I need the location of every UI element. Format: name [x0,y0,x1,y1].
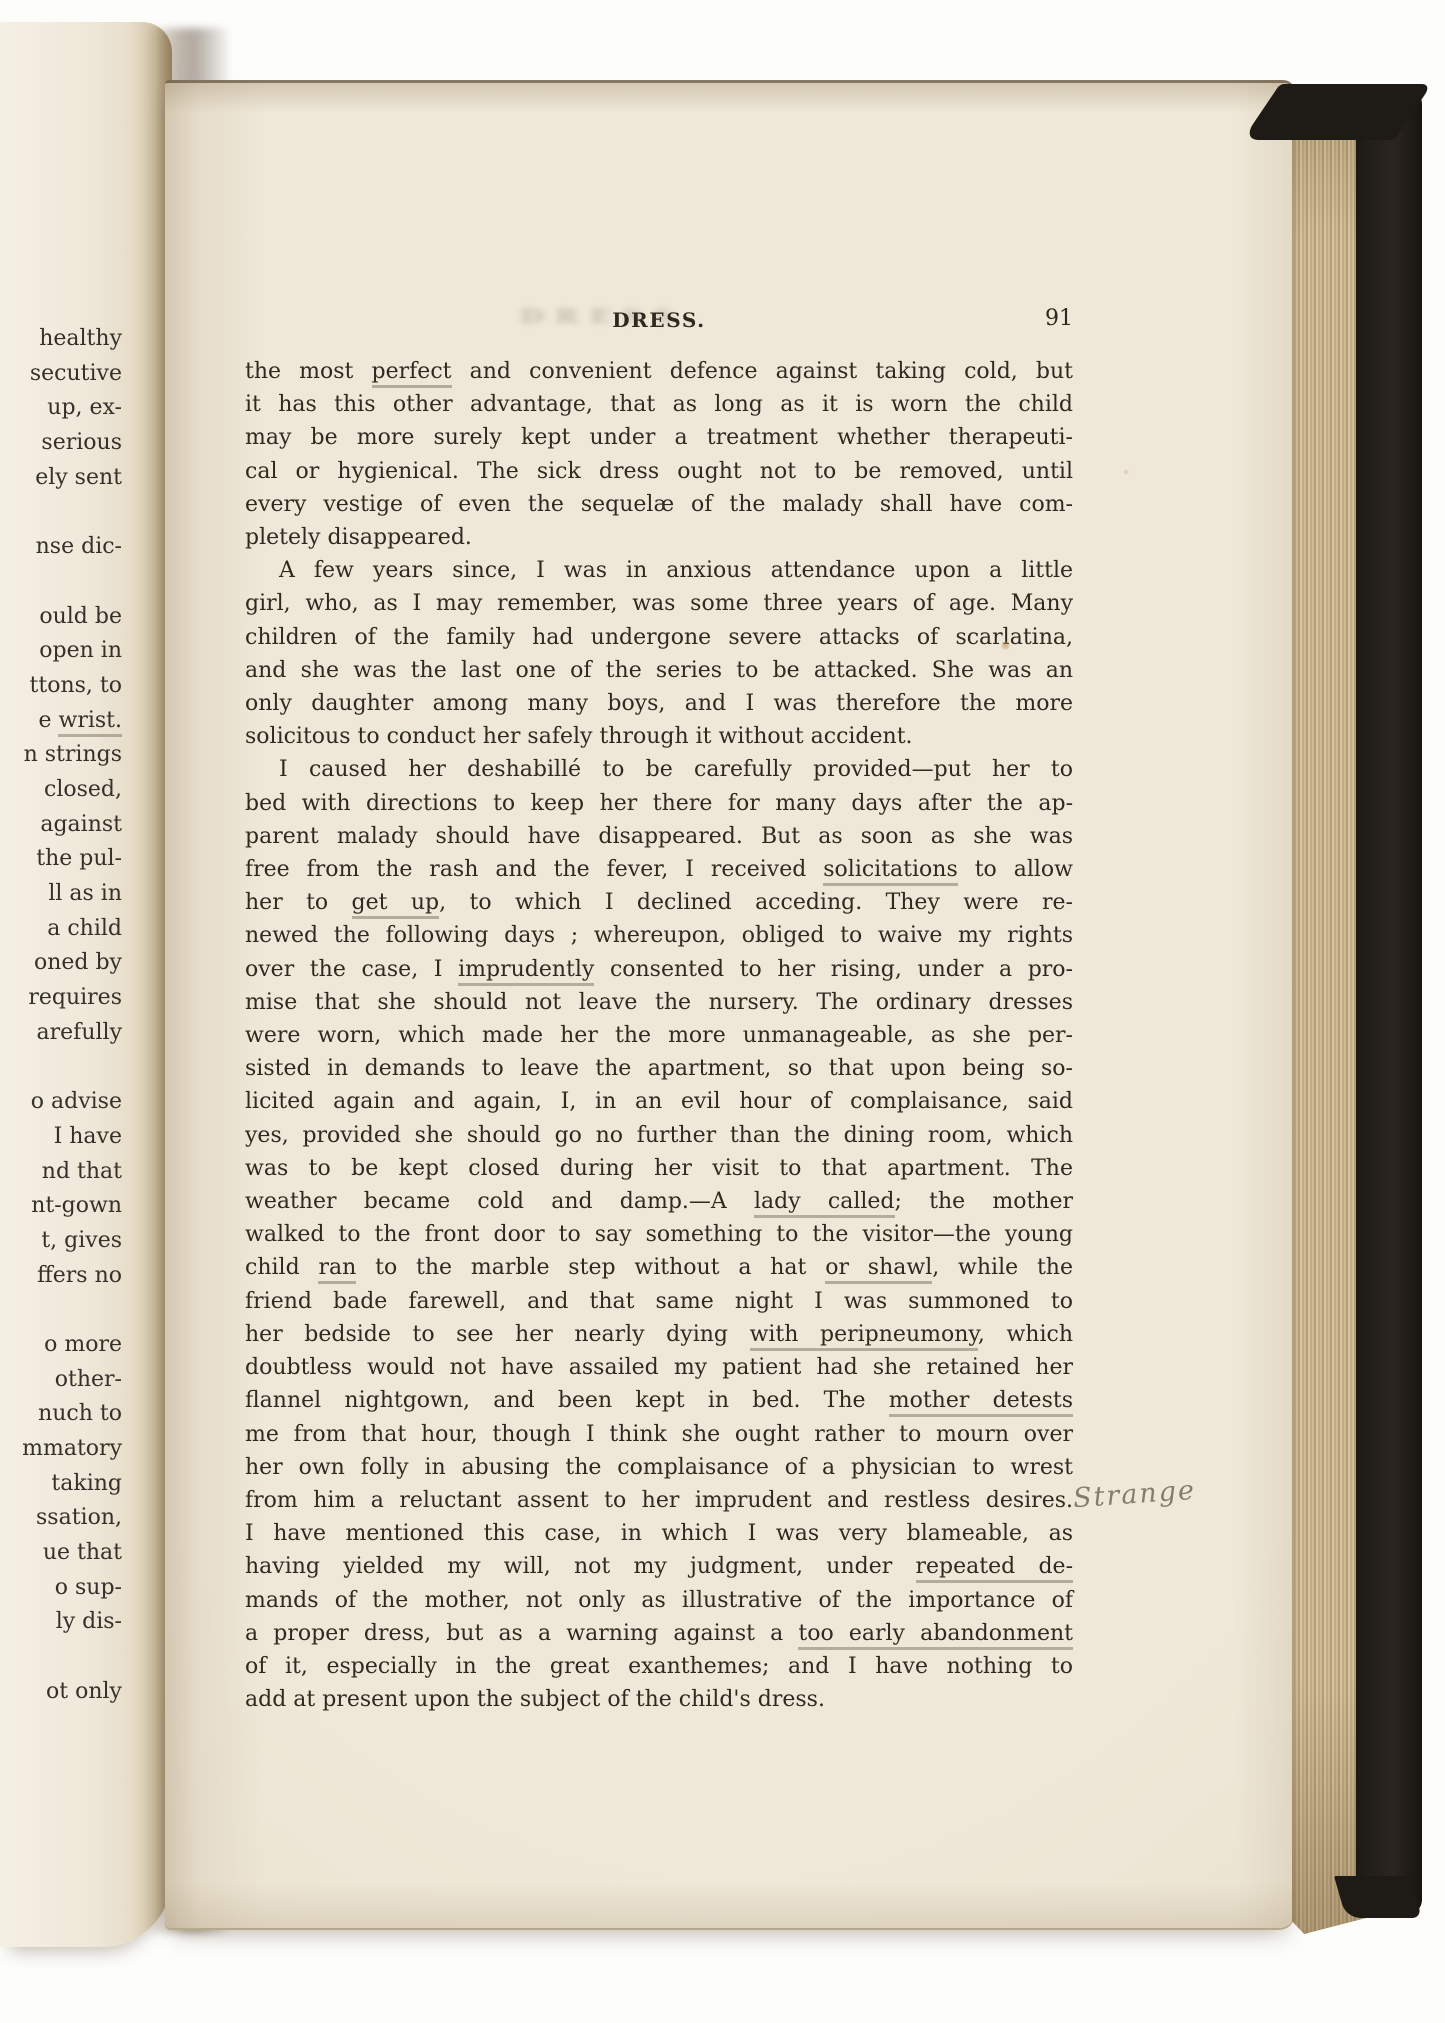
left-fragment-line: nuch to [0,1397,172,1432]
left-fragment-line: ll as in [0,877,172,912]
pencil-underline: lady called [754,1189,894,1218]
right-page: DRESS. DRESS. 91 the most perfect and co… [165,80,1295,1928]
left-fragment-blank [0,1050,172,1085]
text-line: every vestige of even the sequelæ of the… [245,488,1073,521]
left-fragment-line: healthy [0,322,172,357]
text-line: I have mentioned this case, in which I w… [245,1517,1073,1550]
left-fragment-line: I have [0,1120,172,1155]
left-fragment-blank [0,1293,172,1328]
left-fragment-line: oned by [0,946,172,981]
text-line: flannel nightgown, and been kept in bed.… [245,1384,1073,1417]
pencil-underline: mother detests [889,1388,1073,1417]
text-line: of it, especially in the great exantheme… [245,1650,1073,1683]
left-fragment-line: serious [0,426,172,461]
left-page: healthysecutiveup, ex-seriousely sent ns… [0,22,172,1947]
left-fragment-line: ly dis- [0,1605,172,1640]
text-line: friend bade farewell, and that same nigh… [245,1285,1073,1318]
page-body: the most perfect and convenient defence … [245,355,1073,1716]
left-fragment-line: ssation, [0,1501,172,1536]
left-fragment-line: o more [0,1328,172,1363]
text-line: only daughter among many boys, and I was… [245,687,1073,720]
left-fragment-line: o sup- [0,1571,172,1606]
left-fragment-line: requires [0,981,172,1016]
pencil-underline: perfect [372,359,452,388]
left-fragment-line: against [0,808,172,843]
text-line: doubtless would not have assailed my pat… [245,1351,1073,1384]
text-line: parent malady should have disappeared. B… [245,820,1073,853]
text-line: it has this other advantage, that as lon… [245,388,1073,421]
text-line: me from that hour, though I think she ou… [245,1418,1073,1451]
text-line: may be more surely kept under a treatmen… [245,421,1073,454]
running-head-title: DRESS. [245,308,1073,332]
pencil-underline: get up [352,890,440,919]
left-fragment-line: closed, [0,773,172,808]
left-fragment-line: e wrist. [0,704,172,739]
text-line: solicitous to conduct her safely through… [245,720,1073,753]
left-fragment-line: n strings [0,738,172,773]
text-line: girl, who, as I may remember, was some t… [245,587,1073,620]
left-fragment-line: nse dic- [0,530,172,565]
text-line: children of the family had undergone sev… [245,621,1073,654]
left-fragment-blank [0,495,172,530]
pencil-underline: ran [318,1255,356,1284]
text-line: weather became cold and damp.—A lady cal… [245,1185,1073,1218]
left-fragment-line: mmatory [0,1432,172,1467]
left-fragment-line: t, gives [0,1224,172,1259]
pencil-underline: solicitations [823,857,958,886]
left-fragment-line: up, ex- [0,391,172,426]
text-line: having yielded my will, not my judgment,… [245,1550,1073,1583]
text-line: and she was the last one of the series t… [245,654,1073,687]
book-cover-edge [1356,86,1422,1914]
text-line: free from the rash and the fever, I rece… [245,853,1073,886]
text-line: child ran to the marble step without a h… [245,1251,1073,1284]
page-number: 91 [1045,306,1073,331]
left-fragment-line: ould be [0,600,172,635]
text-line: cal or hygienical. The sick dress ought … [245,455,1073,488]
left-fragment-line: open in [0,634,172,669]
left-fragment-line: a child [0,912,172,947]
text-line: her own folly in abusing the complaisanc… [245,1451,1073,1484]
left-fragment-line: nt-gown [0,1189,172,1224]
left-fragment-line: ot only [0,1675,172,1710]
left-fragment-line: o advise [0,1085,172,1120]
left-fragment-line: secutive [0,357,172,392]
text-line: licited again and again, I, in an evil h… [245,1085,1073,1118]
running-head: DRESS. DRESS. 91 [245,308,1073,342]
text-line: I caused her deshabillé to be carefully … [245,753,1073,786]
left-fragment-line: ffers no [0,1259,172,1294]
text-line: were worn, which made her the more unman… [245,1019,1073,1052]
left-fragment-line: the pul- [0,842,172,877]
left-fragment-line: ely sent [0,461,172,496]
left-fragment-line: ue that [0,1536,172,1571]
text-line: her bedside to see her nearly dying with… [245,1318,1073,1351]
book-photo: healthysecutiveup, ex-seriousely sent ns… [0,0,1445,2023]
handwritten-margin-note: Strange [1072,1475,1197,1515]
left-fragment-line: other- [0,1363,172,1398]
text-line: pletely disappeared. [245,521,1073,554]
text-line: yes, provided she should go no further t… [245,1119,1073,1152]
left-fragment-line: nd that [0,1155,172,1190]
text-line: A few years since, I was in anxious atte… [245,554,1073,587]
text-line: a proper dress, but as a warning against… [245,1617,1073,1650]
pencil-underline: imprudently [458,957,594,986]
text-line: add at present upon the subject of the c… [245,1683,1073,1716]
text-line: newed the following days ; whereupon, ob… [245,919,1073,952]
left-fragment-line: taking [0,1467,172,1502]
text-line: mise that she should not leave the nurse… [245,986,1073,1019]
pencil-underline: too early abandonment [798,1621,1073,1650]
text-line: over the case, I imprudently consented t… [245,953,1073,986]
text-line: walked to the front door to say somethin… [245,1218,1073,1251]
text-line: was to be kept closed during her visit t… [245,1152,1073,1185]
text-line: from him a reluctant assent to her impru… [245,1484,1073,1517]
text-line: sisted in demands to leave the apartment… [245,1052,1073,1085]
paragraph: A few years since, I was in anxious atte… [245,554,1073,753]
text-line: the most perfect and convenient defence … [245,355,1073,388]
paragraph: I caused her deshabillé to be carefully … [245,753,1073,1716]
left-fragment-line: ttons, to [0,669,172,704]
pencil-underline: with peripneumony [750,1322,978,1351]
left-fragment-line: arefully [0,1016,172,1051]
text-line: mands of the mother, not only as illustr… [245,1584,1073,1617]
pencil-underline: repeated de- [916,1554,1074,1583]
left-fragment-blank [0,565,172,600]
paragraph: the most perfect and convenient defence … [245,355,1073,554]
foxing-spot [1123,469,1129,475]
text-line: bed with directions to keep her there fo… [245,787,1073,820]
left-fragment-blank [0,1640,172,1675]
left-page-text-fragments: healthysecutiveup, ex-seriousely sent ns… [0,322,172,1710]
pencil-underline: or shawl [825,1255,932,1284]
pencil-underline: wrist. [58,708,122,737]
text-line: her to get up, to which I declined acced… [245,886,1073,919]
